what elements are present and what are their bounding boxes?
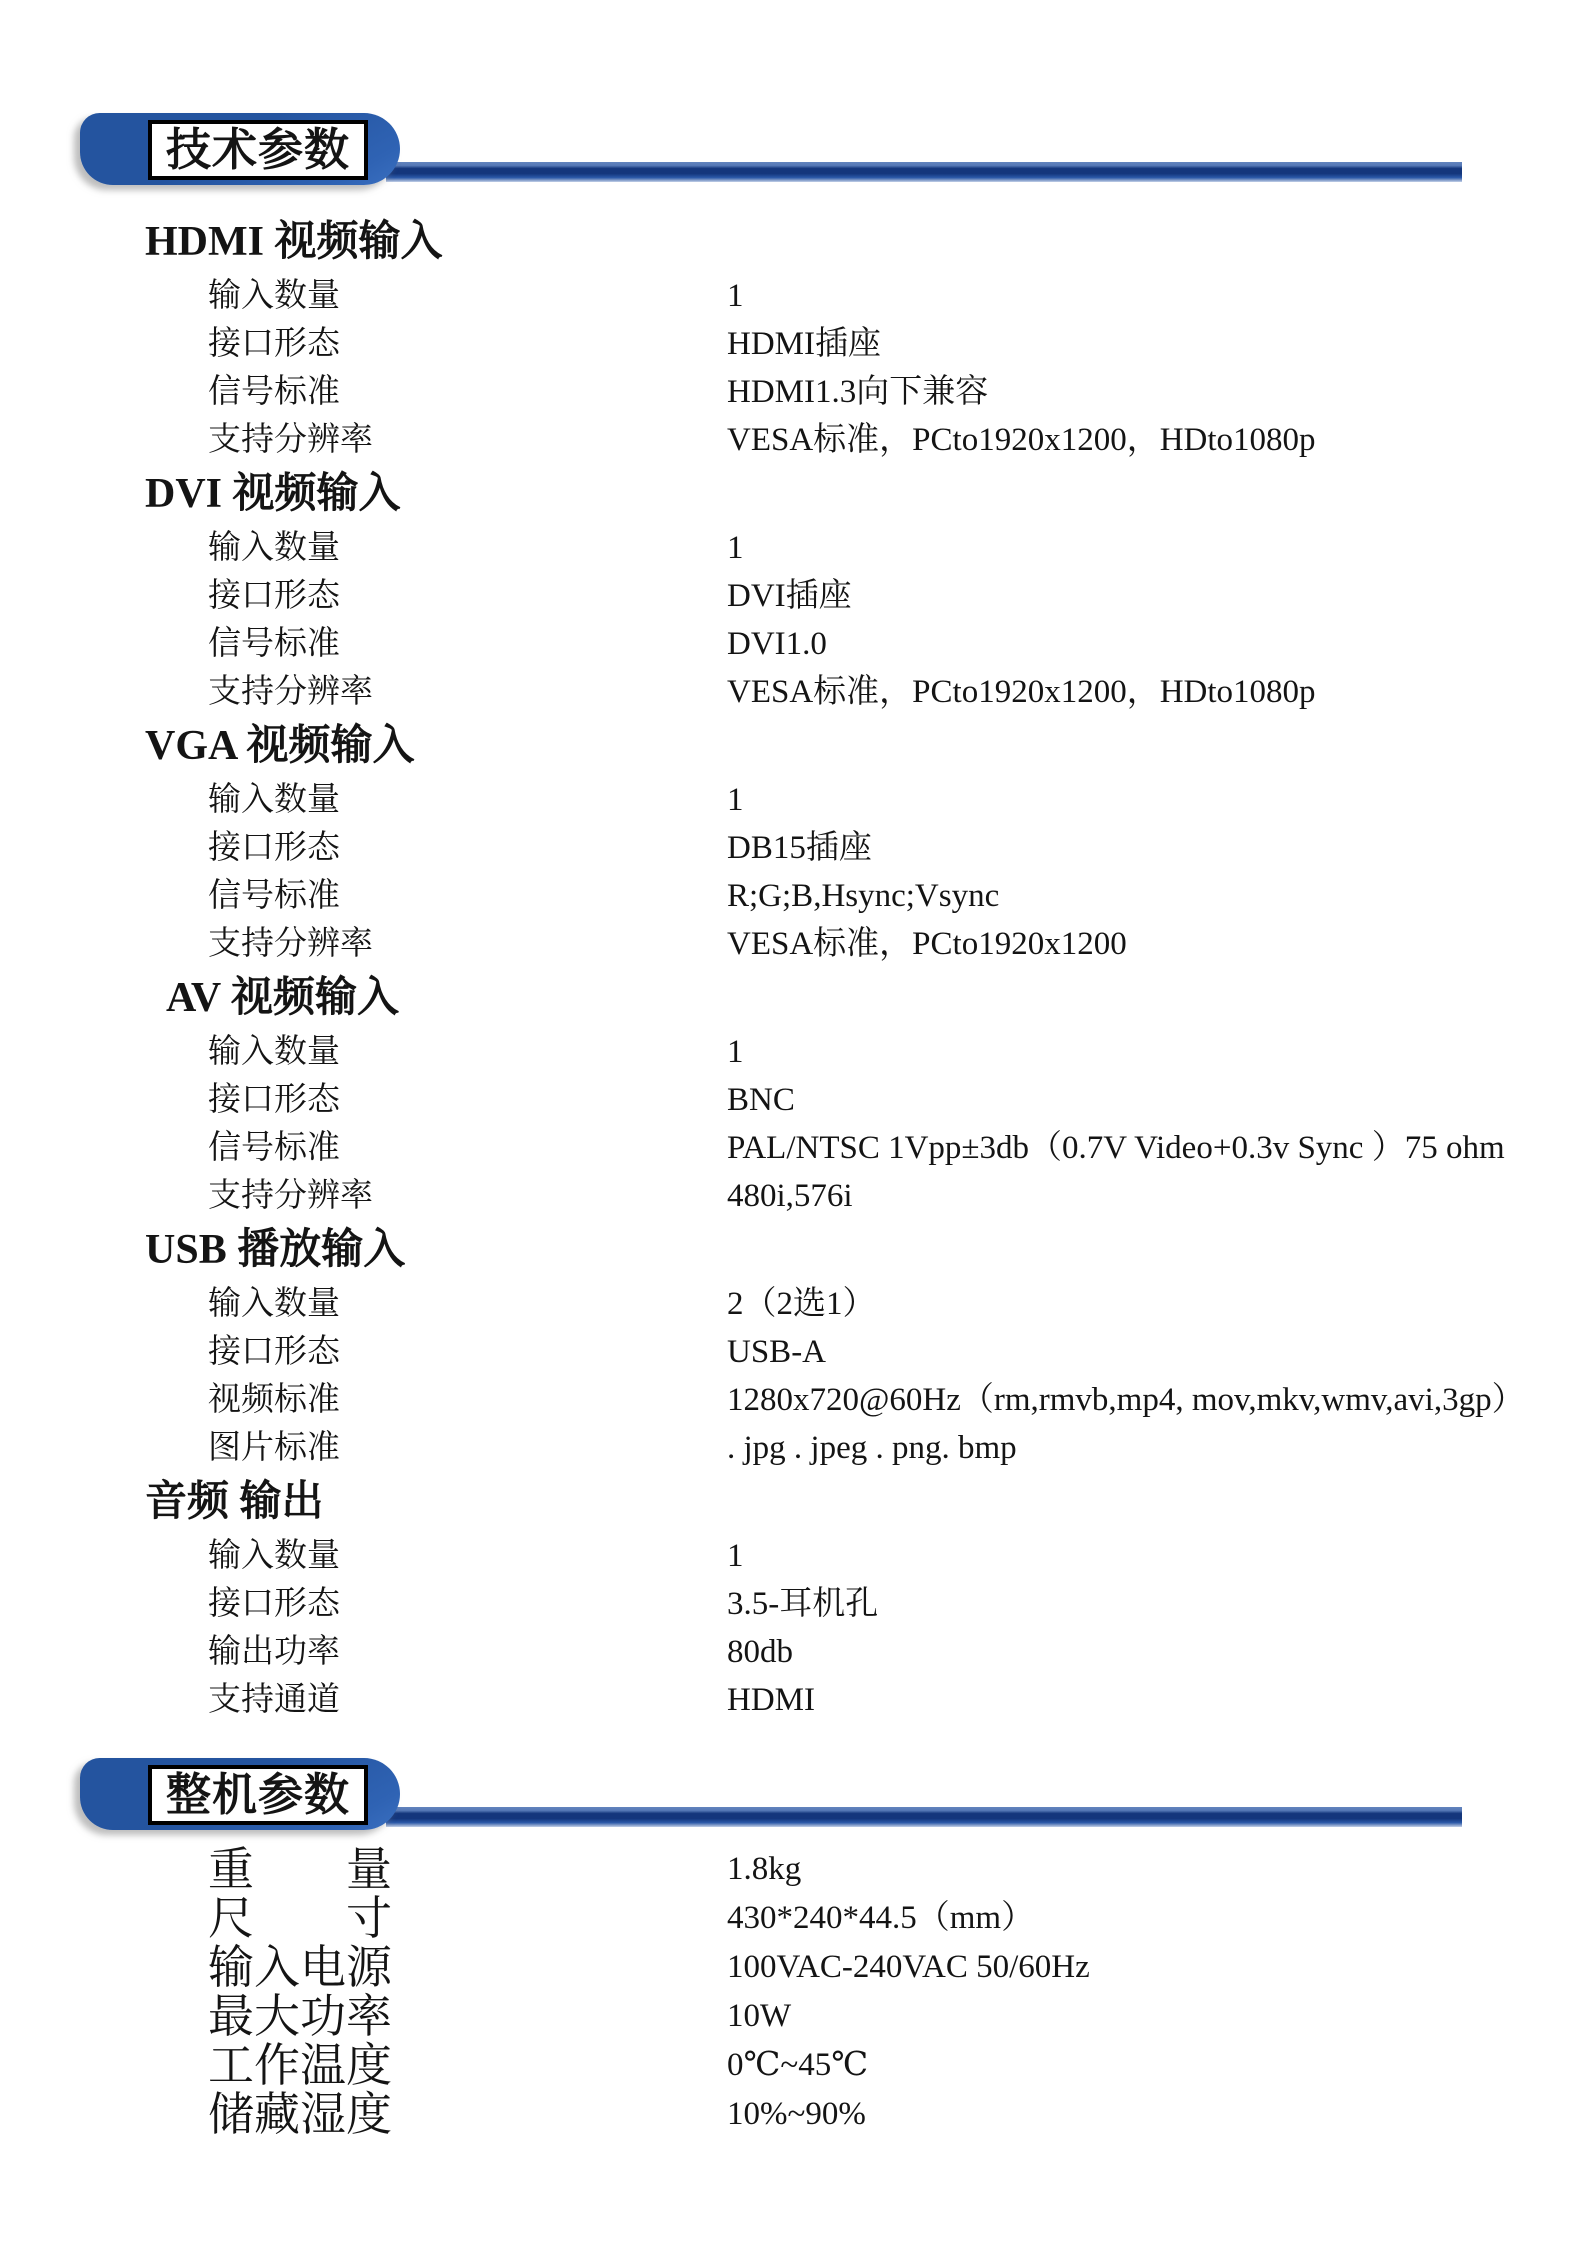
spec-row: 接口形态 DB15插座: [0, 824, 1587, 872]
spec-row: 输出功率 80db: [0, 1628, 1587, 1676]
spec-value: 1: [727, 272, 1587, 320]
spec-value: DVI1.0: [727, 620, 1587, 668]
spec-label: 输入电源: [208, 1943, 727, 1992]
section-title: AV 视频输入: [145, 968, 1587, 1028]
spec-row: 支持分辨率 VESA标准，PCto1920x1200: [0, 920, 1587, 968]
spec-value: PAL/NTSC 1Vpp±3db（0.7V Video+0.3v Sync ）…: [727, 1124, 1587, 1172]
spec-label: 支持分辨率: [208, 1172, 727, 1220]
banner-rule-bar: [386, 162, 1462, 182]
spec-value: 1.8kg: [727, 1845, 1587, 1894]
spec-row: 最大功率 10W: [0, 1992, 1587, 2041]
spec-label: 信号标准: [208, 368, 727, 416]
section-rows: 输入数量 1 接口形态 BNC 信号标准 PAL/NTSC 1Vpp±3db（0…: [0, 1028, 1587, 1220]
spec-label: 输入数量: [208, 1532, 727, 1580]
spec-row: 信号标准 PAL/NTSC 1Vpp±3db（0.7V Video+0.3v S…: [0, 1124, 1587, 1172]
spec-row: 接口形态 USB-A: [0, 1328, 1587, 1376]
spec-row: 工作温度 0℃~45℃: [0, 2041, 1587, 2090]
spec-row: 输入数量 1: [0, 1532, 1587, 1580]
spec-label: 输入数量: [208, 1028, 727, 1076]
section-title: DVI 视频输入: [145, 464, 1587, 524]
spec-value: 80db: [727, 1628, 1587, 1676]
spec-label: 支持分辨率: [208, 920, 727, 968]
spec-label: 接口形态: [208, 320, 727, 368]
spec-label: 信号标准: [208, 620, 727, 668]
spec-label: 尺 寸: [208, 1894, 727, 1943]
spec-label: 输入数量: [208, 272, 727, 320]
section-title: USB 播放输入: [145, 1220, 1587, 1280]
section-title: VGA 视频输入: [145, 716, 1587, 776]
spec-row: 输入数量 1: [0, 1028, 1587, 1076]
machine-params-banner: 整机参数: [0, 1758, 1587, 1836]
spec-row: 输入数量 2（2选1）: [0, 1280, 1587, 1328]
spec-row: 支持通道 HDMI: [0, 1676, 1587, 1724]
spec-sheet-page: 技术参数 HDMI 视频输入 输入数量 1 接口形态 HDMI插座 信号标准 H…: [0, 0, 1587, 2244]
section-rows: 输入数量 1 接口形态 DVI插座 信号标准 DVI1.0 支持分辨率 VESA…: [0, 524, 1587, 716]
spec-label: 输入数量: [208, 1280, 727, 1328]
spec-value: VESA标准，PCto1920x1200: [727, 920, 1587, 968]
spec-section: AV 视频输入 输入数量 1 接口形态 BNC 信号标准 PAL/NTSC 1V…: [0, 968, 1587, 1220]
spec-value: HDMI: [727, 1676, 1587, 1724]
spec-label: 图片标准: [208, 1424, 727, 1472]
spec-value: . jpg . jpeg . png. bmp: [727, 1424, 1587, 1472]
spec-value: 2（2选1）: [727, 1280, 1587, 1328]
spec-label: 接口形态: [208, 824, 727, 872]
section-rows: 输入数量 1 接口形态 HDMI插座 信号标准 HDMI1.3向下兼容 支持分辨…: [0, 272, 1587, 464]
spec-label: 支持分辨率: [208, 416, 727, 464]
spec-row: 支持分辨率 480i,576i: [0, 1172, 1587, 1220]
spec-value: 1: [727, 776, 1587, 824]
spec-value: 10%~90%: [727, 2090, 1587, 2139]
spec-label: 信号标准: [208, 1124, 727, 1172]
spec-label: 输出功率: [208, 1628, 727, 1676]
spec-row: 图片标准 . jpg . jpeg . png. bmp: [0, 1424, 1587, 1472]
spec-label: 信号标准: [208, 872, 727, 920]
machine-rows-list: 重 量 1.8kg 尺 寸 430*240*44.5（mm） 输入电源 100V…: [0, 1845, 1587, 2139]
spec-value: 1: [727, 1532, 1587, 1580]
spec-row: 输入电源 100VAC-240VAC 50/60Hz: [0, 1943, 1587, 1992]
spec-row: 尺 寸 430*240*44.5（mm）: [0, 1894, 1587, 1943]
tech-sections-list: HDMI 视频输入 输入数量 1 接口形态 HDMI插座 信号标准 HDMI1.…: [0, 212, 1587, 1724]
spec-value: DVI插座: [727, 572, 1587, 620]
spec-value: DB15插座: [727, 824, 1587, 872]
spec-label: 输入数量: [208, 776, 727, 824]
spec-label: 接口形态: [208, 1328, 727, 1376]
spec-label: 视频标准: [208, 1376, 727, 1424]
spec-value: 430*240*44.5（mm）: [727, 1894, 1587, 1943]
spec-section: DVI 视频输入 输入数量 1 接口形态 DVI插座 信号标准 DVI1.0 支…: [0, 464, 1587, 716]
spec-section: 音频 输出 输入数量 1 接口形态 3.5-耳机孔 输出功率 80db 支持通道…: [0, 1472, 1587, 1724]
spec-value: 10W: [727, 1992, 1587, 2041]
spec-row: 信号标准 R;G;B,Hsync;Vsync: [0, 872, 1587, 920]
spec-row: 接口形态 HDMI插座: [0, 320, 1587, 368]
section-title: 音频 输出: [145, 1472, 1587, 1532]
spec-value: VESA标准，PCto1920x1200，HDto1080p: [727, 668, 1587, 716]
spec-value: 1280x720@60Hz（rm,rmvb,mp4, mov,mkv,wmv,a…: [727, 1376, 1587, 1424]
tech-params-title: 技术参数: [148, 120, 368, 180]
spec-value: VESA标准，PCto1920x1200，HDto1080p: [727, 416, 1587, 464]
spec-value: USB-A: [727, 1328, 1587, 1376]
spec-row: 支持分辨率 VESA标准，PCto1920x1200，HDto1080p: [0, 416, 1587, 464]
spec-label: 支持分辨率: [208, 668, 727, 716]
spec-row: 信号标准 HDMI1.3向下兼容: [0, 368, 1587, 416]
spec-row: 接口形态 3.5-耳机孔: [0, 1580, 1587, 1628]
spec-row: 信号标准 DVI1.0: [0, 620, 1587, 668]
spec-value: HDMI插座: [727, 320, 1587, 368]
spec-row: 输入数量 1: [0, 524, 1587, 572]
tech-params-banner: 技术参数: [0, 113, 1587, 191]
spec-value: 0℃~45℃: [727, 2041, 1587, 2090]
spec-value: 3.5-耳机孔: [727, 1580, 1587, 1628]
spec-row: 支持分辨率 VESA标准，PCto1920x1200，HDto1080p: [0, 668, 1587, 716]
section-title: HDMI 视频输入: [145, 212, 1587, 272]
spec-section: USB 播放输入 输入数量 2（2选1） 接口形态 USB-A 视频标准 128…: [0, 1220, 1587, 1472]
spec-label: 接口形态: [208, 1580, 727, 1628]
spec-value: 480i,576i: [727, 1172, 1587, 1220]
spec-value: 1: [727, 1028, 1587, 1076]
section-rows: 输入数量 2（2选1） 接口形态 USB-A 视频标准 1280x720@60H…: [0, 1280, 1587, 1472]
spec-row: 视频标准 1280x720@60Hz（rm,rmvb,mp4, mov,mkv,…: [0, 1376, 1587, 1424]
spec-section: HDMI 视频输入 输入数量 1 接口形态 HDMI插座 信号标准 HDMI1.…: [0, 212, 1587, 464]
spec-label: 最大功率: [208, 1992, 727, 2041]
section-rows: 输入数量 1 接口形态 DB15插座 信号标准 R;G;B,Hsync;Vsyn…: [0, 776, 1587, 968]
spec-section: VGA 视频输入 输入数量 1 接口形态 DB15插座 信号标准 R;G;B,H…: [0, 716, 1587, 968]
spec-label: 重 量: [208, 1845, 727, 1894]
spec-row: 接口形态 BNC: [0, 1076, 1587, 1124]
spec-value: HDMI1.3向下兼容: [727, 368, 1587, 416]
section-rows: 输入数量 1 接口形态 3.5-耳机孔 输出功率 80db 支持通道 HDMI: [0, 1532, 1587, 1724]
spec-value: BNC: [727, 1076, 1587, 1124]
spec-row: 重 量 1.8kg: [0, 1845, 1587, 1894]
spec-label: 工作温度: [208, 2041, 727, 2090]
spec-label: 接口形态: [208, 1076, 727, 1124]
spec-value: 1: [727, 524, 1587, 572]
spec-value: R;G;B,Hsync;Vsync: [727, 872, 1587, 920]
spec-row: 储藏湿度 10%~90%: [0, 2090, 1587, 2139]
spec-row: 输入数量 1: [0, 776, 1587, 824]
spec-label: 接口形态: [208, 572, 727, 620]
banner-rule-bar: [386, 1807, 1462, 1827]
spec-row: 输入数量 1: [0, 272, 1587, 320]
spec-row: 接口形态 DVI插座: [0, 572, 1587, 620]
spec-label: 输入数量: [208, 524, 727, 572]
spec-label: 储藏湿度: [208, 2090, 727, 2139]
spec-value: 100VAC-240VAC 50/60Hz: [727, 1943, 1587, 1992]
machine-params-title: 整机参数: [148, 1765, 368, 1825]
spec-label: 支持通道: [208, 1676, 727, 1724]
